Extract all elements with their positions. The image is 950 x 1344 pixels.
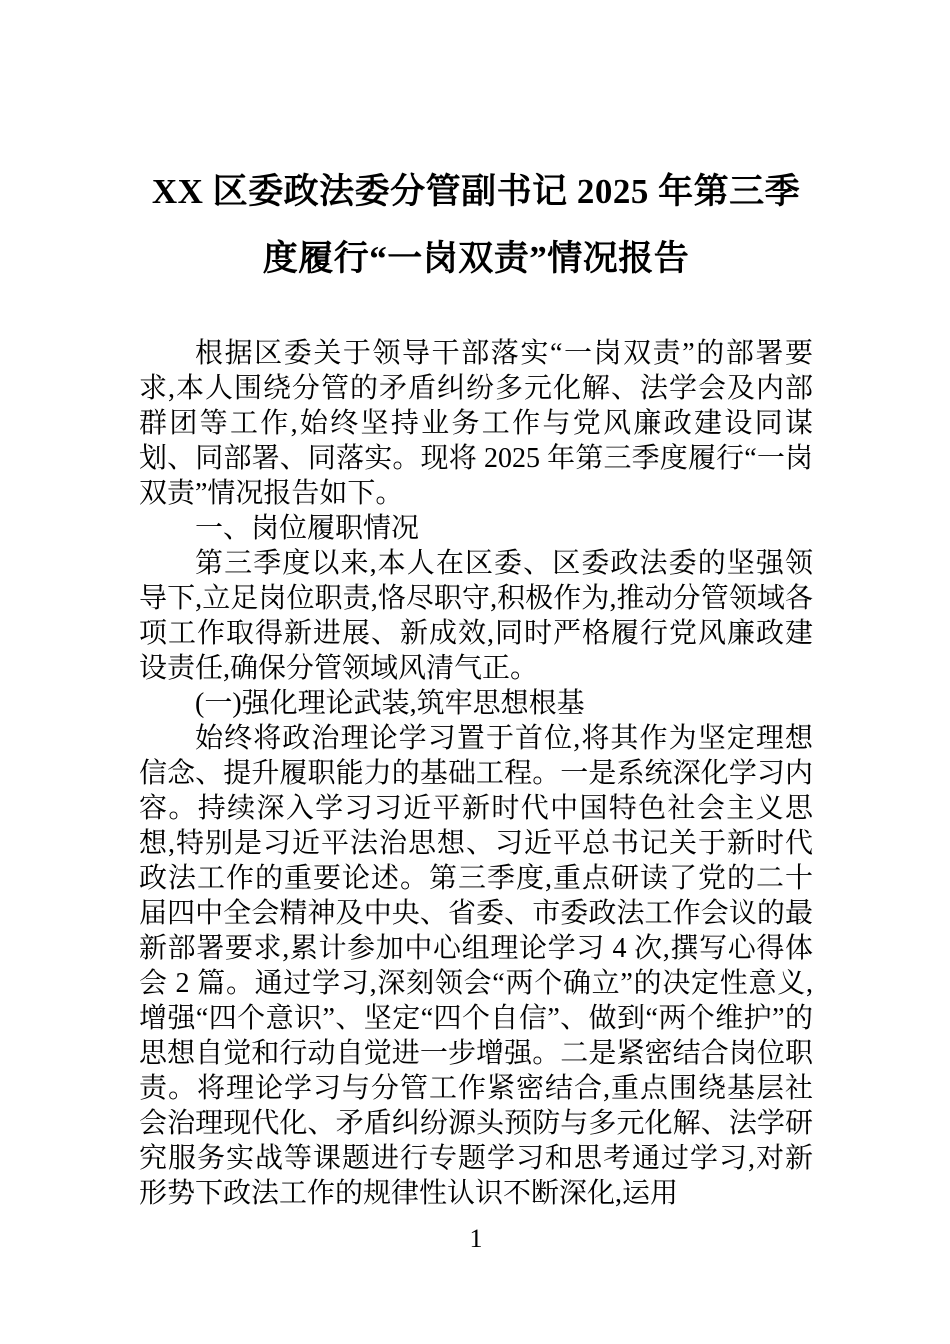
page-number: 1	[139, 1223, 813, 1255]
paragraph: 始终将政治理论学习置于首位,将其作为坚定理想信念、提升履职能力的基础工程。一是系…	[139, 721, 813, 1211]
document-page: XX 区委政法委分管副书记 2025 年第三季度履行“一岗双责”情况报告 根据区…	[0, 0, 950, 1344]
document-body: 根据区委关于领导干部落实“一岗双责”的部署要求,本人围绕分管的矛盾纠纷多元化解、…	[139, 336, 813, 1211]
section-heading: 一、岗位履职情况	[139, 511, 813, 546]
document-title: XX 区委政法委分管副书记 2025 年第三季度履行“一岗双责”情况报告	[139, 158, 813, 292]
paragraph: 第三季度以来,本人在区委、区委政法委的坚强领导下,立足岗位职责,恪尽职守,积极作…	[139, 546, 813, 686]
section-heading: (一)强化理论武装,筑牢思想根基	[139, 686, 813, 721]
paragraph: 根据区委关于领导干部落实“一岗双责”的部署要求,本人围绕分管的矛盾纠纷多元化解、…	[139, 336, 813, 511]
